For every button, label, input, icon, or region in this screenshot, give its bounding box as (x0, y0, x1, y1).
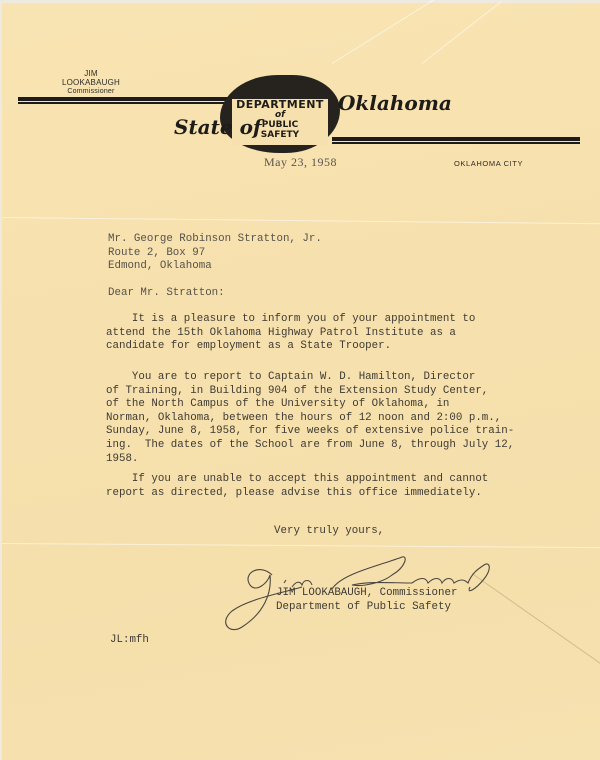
paragraph-line: If you are unable to accept this appoint… (106, 473, 488, 487)
recipient-address-line1: Route 2, Box 97 (108, 247, 322, 261)
paragraph-line: of Training, in Building 904 of the Exte… (106, 385, 514, 399)
letterhead-commissioner: JIM LOOKABAUGH Commissioner (56, 69, 126, 95)
paper-crease (422, 2, 501, 64)
paragraph-1: It is a pleasure to inform you of your a… (106, 313, 475, 354)
paragraph-line: 1958. (106, 453, 514, 467)
commissioner-name: JIM LOOKABAUGH (56, 69, 126, 87)
letterhead-rule-right (332, 137, 580, 141)
paragraph-line: report as directed, please advise this o… (106, 487, 488, 501)
logo-state-of: State of (174, 115, 262, 139)
letterhead-city: OKLAHOMA CITY (454, 159, 523, 168)
letter-date: May 23, 1958 (264, 155, 337, 170)
recipient-address: Mr. George Robinson Stratton, Jr.Route 2… (108, 233, 322, 274)
paragraph-line: candidate for employment as a State Troo… (106, 340, 475, 354)
reference-initials: JL:mfh (110, 634, 149, 648)
paper-crease (332, 0, 434, 64)
salutation: Dear Mr. Stratton: (108, 287, 225, 301)
paragraph-line: of the North Campus of the University of… (106, 398, 514, 412)
paragraph-3: If you are unable to accept this appoint… (106, 473, 488, 500)
paragraph-line: You are to report to Captain W. D. Hamil… (106, 371, 514, 385)
paper-crease (2, 543, 600, 548)
letterhead-rule-left (18, 97, 230, 101)
paragraph-line: ing. The dates of the School are from Ju… (106, 439, 514, 453)
signature-name-line: JIM LOOKABAUGH, Commissioner (276, 587, 457, 601)
paragraph-line: Sunday, June 8, 1958, for five weeks of … (106, 425, 514, 439)
commissioner-title: Commissioner (56, 88, 126, 95)
signature-department-line: Department of Public Safety (276, 601, 457, 615)
recipient-address-line2: Edmond, Oklahoma (108, 260, 322, 274)
signature-block: JIM LOOKABAUGH, CommissionerDepartment o… (276, 587, 457, 614)
logo-text-department: DEPARTMENT (232, 100, 328, 110)
paragraph-line: It is a pleasure to inform you of your a… (106, 313, 475, 327)
paragraph-line: Norman, Oklahoma, between the hours of 1… (106, 412, 514, 426)
letter-page: JIM LOOKABAUGH Commissioner DEPARTMENT o… (2, 3, 600, 760)
paper-crease (2, 217, 600, 224)
recipient-name: Mr. George Robinson Stratton, Jr. (108, 233, 322, 247)
paragraph-2: You are to report to Captain W. D. Hamil… (106, 371, 514, 466)
closing: Very truly yours, (274, 525, 384, 539)
paragraph-line: attend the 15th Oklahoma Highway Patrol … (106, 327, 475, 341)
logo-oklahoma: Oklahoma (338, 91, 452, 115)
